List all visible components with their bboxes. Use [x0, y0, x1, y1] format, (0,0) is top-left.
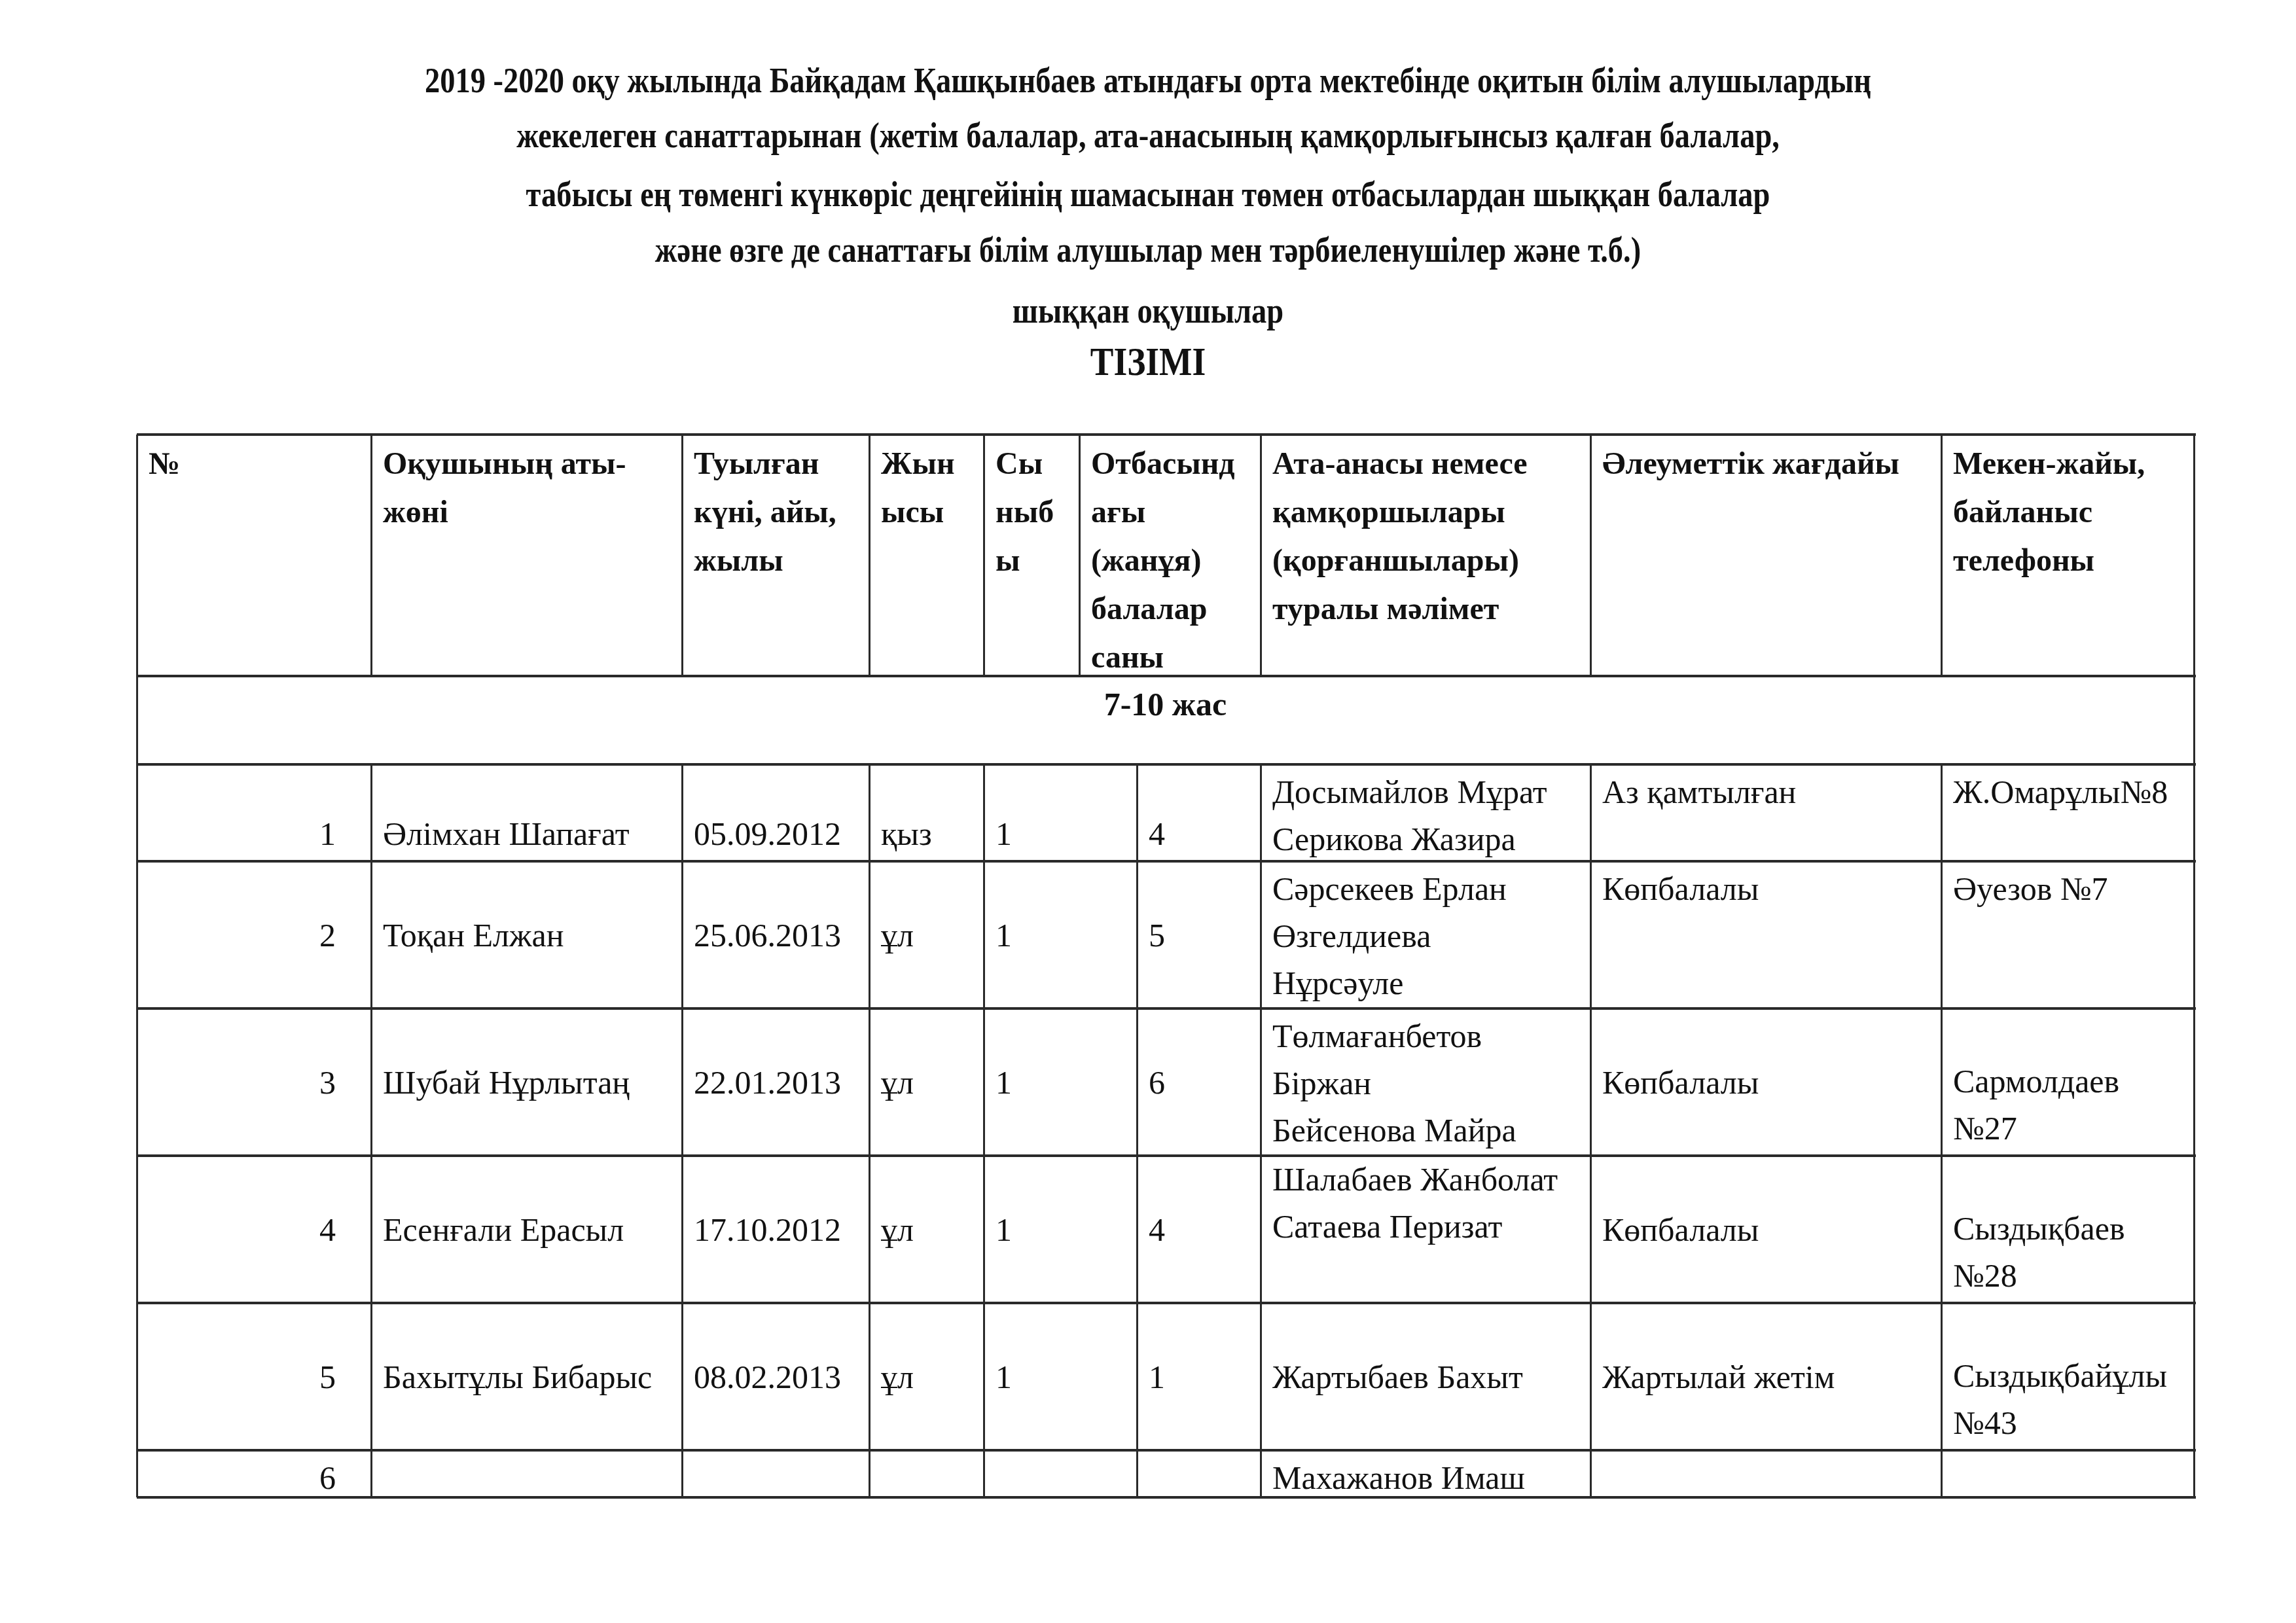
cell-address: Сармолдаев №27: [1941, 1008, 2194, 1156]
cell-gender: ұл: [869, 861, 984, 1008]
cell-parents: Шалабаев Жанболат Сатаева Перизат: [1261, 1156, 1590, 1303]
header-gender-text: Жын ысы: [881, 440, 972, 537]
cell-class: 1: [984, 1303, 1137, 1450]
cell-gender-text: қыз: [881, 810, 972, 857]
cell-birth: 17.10.2012: [682, 1156, 869, 1303]
cell-social: Көпбалалы: [1590, 1008, 1941, 1156]
cell-no: 5: [137, 1303, 371, 1450]
cell-gender-text: ұл: [881, 1059, 972, 1106]
cell-social: Көпбалалы: [1590, 1156, 1941, 1303]
cell-no: 4: [137, 1156, 371, 1303]
cell-name: Бахытұлы Бибарыс: [371, 1303, 682, 1450]
cell-class-text: 1: [996, 912, 1125, 959]
cell-social-text: Жартылай жетім: [1602, 1353, 1929, 1400]
cell-address-text: Ж.Омарұлы№8: [1953, 768, 2182, 815]
cell-name-text: Есенғали Ерасыл: [383, 1206, 670, 1253]
cell-address: [1941, 1450, 2194, 1497]
cell-children: 1: [1137, 1303, 1261, 1450]
cell-class-text: 1: [996, 1206, 1125, 1253]
cell-children-text: 6: [1149, 1059, 1249, 1106]
cell-birth-text: 17.10.2012: [694, 1206, 857, 1253]
header-name-text: Оқушының аты- жөні: [383, 440, 670, 537]
cell-no-text: 4: [149, 1206, 336, 1253]
cell-name: Әлімхан Шапағат: [371, 764, 682, 861]
cell-no: 2: [137, 861, 371, 1008]
cell-gender-text: ұл: [881, 1206, 972, 1253]
header-parents: Ата-анасы немесе қамқоршылары (қорғаншыл…: [1261, 435, 1590, 676]
cell-parents: Жартыбаев Бахыт: [1261, 1303, 1590, 1450]
section-age-group: 7-10 жас: [137, 676, 2194, 732]
cell-class: [984, 1450, 1137, 1497]
cell-social-text: Аз қамтылған: [1602, 768, 1929, 815]
header-class: Сы ныб ы: [984, 435, 1079, 676]
cell-birth: 08.02.2013: [682, 1303, 869, 1450]
cell-children-text: 4: [1149, 810, 1249, 857]
cell-children: 4: [1137, 764, 1261, 861]
cell-class: 1: [984, 1156, 1137, 1303]
cell-parents-text: Сәрсекеев Ерлан Өзгелдиева Нұрсәуле: [1272, 865, 1579, 1007]
cell-name-text: Әлімхан Шапағат: [383, 810, 670, 857]
cell-class: 1: [984, 861, 1137, 1008]
cell-parents-text: Досымайлов Мұрат Серикова Жазира: [1272, 768, 1579, 863]
cell-parents: Төлмағанбетов Біржан Бейсенова Майра: [1261, 1008, 1590, 1156]
cell-gender: ұл: [869, 1156, 984, 1303]
cell-children: 5: [1137, 861, 1261, 1008]
header-no: №: [137, 435, 371, 676]
cell-no-text: 3: [149, 1059, 336, 1106]
header-social: Әлеуметтік жағдайы: [1590, 435, 1941, 676]
header-address-text: Мекен-жайы, байланыс телефоны: [1953, 440, 2182, 585]
cell-class: 1: [984, 1008, 1137, 1156]
cell-address-text: Сармолдаев №27: [1953, 1058, 2182, 1152]
cell-name-text: Шубай Нұрлытаң: [383, 1059, 670, 1106]
cell-no: 6: [137, 1450, 371, 1497]
cell-gender-text: ұл: [881, 1353, 972, 1400]
document-title-line-3: табысы ең төменгі күнкөріс деңгейінің ша…: [161, 177, 2136, 212]
cell-address-text: Әуезов №7: [1953, 865, 2182, 912]
cell-no: 3: [137, 1008, 371, 1156]
document-title-line-2: жекелеген санаттарынан (жетім балалар, а…: [161, 118, 2136, 153]
cell-social: [1590, 1450, 1941, 1497]
cell-children: [1137, 1450, 1261, 1497]
header-parents-text: Ата-анасы немесе қамқоршылары (қорғаншыл…: [1272, 440, 1579, 633]
cell-birth-text: 08.02.2013: [694, 1353, 857, 1400]
cell-social-text: Көпбалалы: [1602, 1059, 1929, 1106]
cell-parents-text: Төлмағанбетов Біржан Бейсенова Майра: [1272, 1012, 1579, 1154]
cell-no-text: 5: [149, 1353, 336, 1400]
cell-parents-text: Жартыбаев Бахыт: [1272, 1353, 1579, 1400]
cell-name: Тоқан Елжан: [371, 861, 682, 1008]
cell-social: Көпбалалы: [1590, 861, 1941, 1008]
cell-address: Ж.Омарұлы№8: [1941, 764, 2194, 861]
cell-no: 1: [137, 764, 371, 861]
cell-gender: [869, 1450, 984, 1497]
cell-birth-text: 25.06.2013: [694, 912, 857, 959]
cell-parents: Досымайлов Мұрат Серикова Жазира: [1261, 764, 1590, 861]
cell-parents: Махажанов Имаш: [1261, 1450, 1590, 1497]
cell-no-text: 2: [149, 912, 336, 959]
section-age-group-text: 7-10 жас: [149, 681, 2182, 728]
cell-parents-text: Махажанов Имаш: [1272, 1454, 1579, 1501]
cell-no-text: 6: [149, 1454, 336, 1501]
cell-children-text: 5: [1149, 912, 1249, 959]
cell-gender: ұл: [869, 1008, 984, 1156]
cell-address: Сыздықбаев №28: [1941, 1156, 2194, 1303]
cell-name: Шубай Нұрлытаң: [371, 1008, 682, 1156]
cell-social-text: Көпбалалы: [1602, 865, 1929, 912]
cell-class-text: 1: [996, 1353, 1125, 1400]
cell-class-text: 1: [996, 810, 1125, 857]
cell-gender-text: ұл: [881, 912, 972, 959]
header-address: Мекен-жайы, байланыс телефоны: [1941, 435, 2194, 676]
cell-parents-text: Шалабаев Жанболат Сатаева Перизат: [1272, 1156, 1579, 1250]
cell-children: 6: [1137, 1008, 1261, 1156]
header-children-text: Отбасынд ағы (жанұя) балалар саны: [1091, 440, 1249, 682]
cell-birth-text: 22.01.2013: [694, 1059, 857, 1106]
header-birth-text: Туылған күні, айы, жылы: [694, 440, 857, 585]
cell-name-text: Бахытұлы Бибарыс: [383, 1353, 670, 1400]
cell-address: Сыздықбайұлы №43: [1941, 1303, 2194, 1450]
cell-social-text: Көпбалалы: [1602, 1206, 1929, 1253]
cell-birth: 25.06.2013: [682, 861, 869, 1008]
cell-class-text: 1: [996, 1059, 1125, 1106]
cell-parents: Сәрсекеев Ерлан Өзгелдиева Нұрсәуле: [1261, 861, 1590, 1008]
cell-no-text: 1: [149, 810, 336, 857]
cell-name-text: Тоқан Елжан: [383, 912, 670, 959]
cell-name: Есенғали Ерасыл: [371, 1156, 682, 1303]
cell-birth: 05.09.2012: [682, 764, 869, 861]
document-heading-list: ТІЗІМІ: [161, 342, 2136, 382]
header-name: Оқушының аты- жөні: [371, 435, 682, 676]
cell-children-text: 4: [1149, 1206, 1249, 1253]
header-no-text: №: [149, 440, 359, 488]
cell-children-text: 1: [1149, 1353, 1249, 1400]
header-birth: Туылған күні, айы, жылы: [682, 435, 869, 676]
cell-address: Әуезов №7: [1941, 861, 2194, 1008]
document-subtitle: шыққан оқушылар: [161, 293, 2136, 329]
cell-birth: 22.01.2013: [682, 1008, 869, 1156]
cell-social: Аз қамтылған: [1590, 764, 1941, 861]
cell-class: 1: [984, 764, 1137, 861]
cell-social: Жартылай жетім: [1590, 1303, 1941, 1450]
header-class-text: Сы ныб ы: [996, 440, 1067, 585]
cell-name: [371, 1450, 682, 1497]
cell-address-text: Сыздықбайұлы №43: [1953, 1352, 2182, 1446]
cell-address-text: Сыздықбаев №28: [1953, 1205, 2182, 1299]
cell-gender: қыз: [869, 764, 984, 861]
cell-birth: [682, 1450, 869, 1497]
cell-children: 4: [1137, 1156, 1261, 1303]
cell-birth-text: 05.09.2012: [694, 810, 857, 857]
header-gender: Жын ысы: [869, 435, 984, 676]
header-children: Отбасынд ағы (жанұя) балалар саны: [1079, 435, 1261, 676]
document-title-line-1: 2019 -2020 оқу жылында Байқадам Қашқынба…: [161, 63, 2136, 98]
document-title-line-4: және өзге де санаттағы білім алушылар ме…: [161, 232, 2136, 268]
cell-gender: ұл: [869, 1303, 984, 1450]
header-social-text: Әлеуметтік жағдайы: [1602, 440, 1929, 488]
